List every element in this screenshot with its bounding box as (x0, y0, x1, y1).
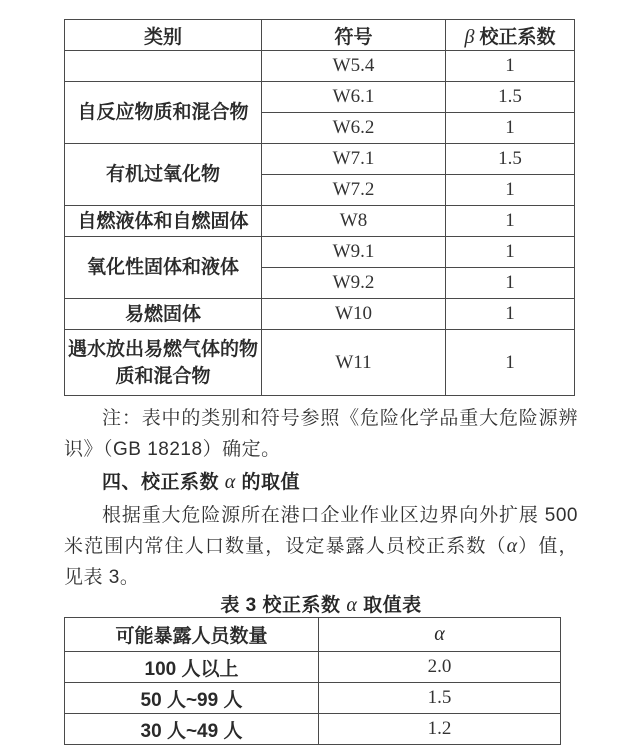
alpha-symbol: α (507, 535, 518, 557)
header-exposed-population: 可能暴露人员数量 (65, 618, 319, 652)
table-header-row: 类别 符号 β校正系数 (65, 20, 575, 51)
symbol-cell: W10 (262, 299, 446, 330)
beta-coefficient-table: 类别 符号 β校正系数 W5.4 1 自反应物质和混合物 W6.1 1.5 W6… (64, 19, 575, 396)
table-row: 100 人以上 2.0 (65, 652, 561, 683)
header-category: 类别 (65, 20, 262, 51)
document-page: 类别 符号 β校正系数 W5.4 1 自反应物质和混合物 W6.1 1.5 W6… (0, 0, 641, 753)
symbol-cell: W7.1 (262, 144, 446, 175)
symbol-cell: W9.1 (262, 237, 446, 268)
category-cell: 易燃固体 (65, 299, 262, 330)
table-row: 遇水放出易燃气体的物质和混合物 W11 1 (65, 330, 575, 396)
table-row: 自燃液体和自燃固体 W8 1 (65, 206, 575, 237)
beta-value-cell: 1 (446, 175, 575, 206)
beta-label: 校正系数 (479, 27, 555, 48)
alpha-symbol: α (346, 594, 357, 616)
symbol-cell: W6.1 (262, 82, 446, 113)
alpha-coefficient-table: 可能暴露人员数量 α 100 人以上 2.0 50 人~99 人 1.5 30 … (64, 617, 561, 745)
beta-value-cell: 1 (446, 299, 575, 330)
symbol-cell: W8 (262, 206, 446, 237)
section-heading-text: 四、校正系数 (102, 472, 225, 493)
category-cell: 遇水放出易燃气体的物质和混合物 (65, 330, 262, 396)
beta-value-cell: 1 (446, 268, 575, 299)
category-cell: 自反应物质和混合物 (65, 82, 262, 144)
beta-value-cell: 1.5 (446, 144, 575, 175)
section-heading: 四、校正系数 α 的取值 (64, 467, 578, 498)
table-row: 自反应物质和混合物 W6.1 1.5 (65, 82, 575, 113)
beta-value-cell: 1 (446, 113, 575, 144)
category-cell: 有机过氧化物 (65, 144, 262, 206)
table-row: 30 人~49 人 1.2 (65, 714, 561, 745)
category-cell (65, 51, 262, 82)
beta-value-cell: 1 (446, 237, 575, 268)
alpha-value-cell: 2.0 (319, 652, 561, 683)
beta-symbol: β (465, 26, 475, 48)
table-row: 50 人~99 人 1.5 (65, 683, 561, 714)
header-beta-coefficient: β校正系数 (446, 20, 575, 51)
category-cell: 自燃液体和自燃固体 (65, 206, 262, 237)
alpha-value-cell: 1.5 (319, 683, 561, 714)
paragraph-text: 根据重大危险源所在港口企业作业区边界向外扩展 500 米范围内常住人口数量，设定… (64, 505, 578, 557)
population-cell: 100 人以上 (65, 652, 319, 683)
population-cell: 30 人~49 人 (65, 714, 319, 745)
table3-title-text: 表 3 校正系数 (220, 595, 346, 616)
alpha-value-cell: 1.2 (319, 714, 561, 745)
symbol-cell: W5.4 (262, 51, 446, 82)
section-heading-tail: 的取值 (236, 472, 300, 493)
table-row: W5.4 1 (65, 51, 575, 82)
beta-value-cell: 1 (446, 206, 575, 237)
table-header-row: 可能暴露人员数量 α (65, 618, 561, 652)
table3-title: 表 3 校正系数 α 取值表 (64, 595, 578, 616)
header-alpha: α (319, 618, 561, 652)
alpha-symbol: α (225, 471, 236, 493)
beta-value-cell: 1 (446, 51, 575, 82)
population-cell: 50 人~99 人 (65, 683, 319, 714)
body-paragraph: 根据重大危险源所在港口企业作业区边界向外扩展 500 米范围内常住人口数量，设定… (64, 500, 578, 593)
symbol-cell: W7.2 (262, 175, 446, 206)
header-symbol: 符号 (262, 20, 446, 51)
symbol-cell: W6.2 (262, 113, 446, 144)
table-row: 易燃固体 W10 1 (65, 299, 575, 330)
table-row: 氧化性固体和液体 W9.1 1 (65, 237, 575, 268)
category-cell: 氧化性固体和液体 (65, 237, 262, 299)
beta-value-cell: 1.5 (446, 82, 575, 113)
beta-value-cell: 1 (446, 330, 575, 396)
table3-title-tail: 取值表 (357, 595, 421, 616)
symbol-cell: W11 (262, 330, 446, 396)
table-note: 注：表中的类别和符号参照《危险化学品重大危险源辨识》（GB 18218）确定。 (64, 403, 578, 465)
table-row: 有机过氧化物 W7.1 1.5 (65, 144, 575, 175)
symbol-cell: W9.2 (262, 268, 446, 299)
